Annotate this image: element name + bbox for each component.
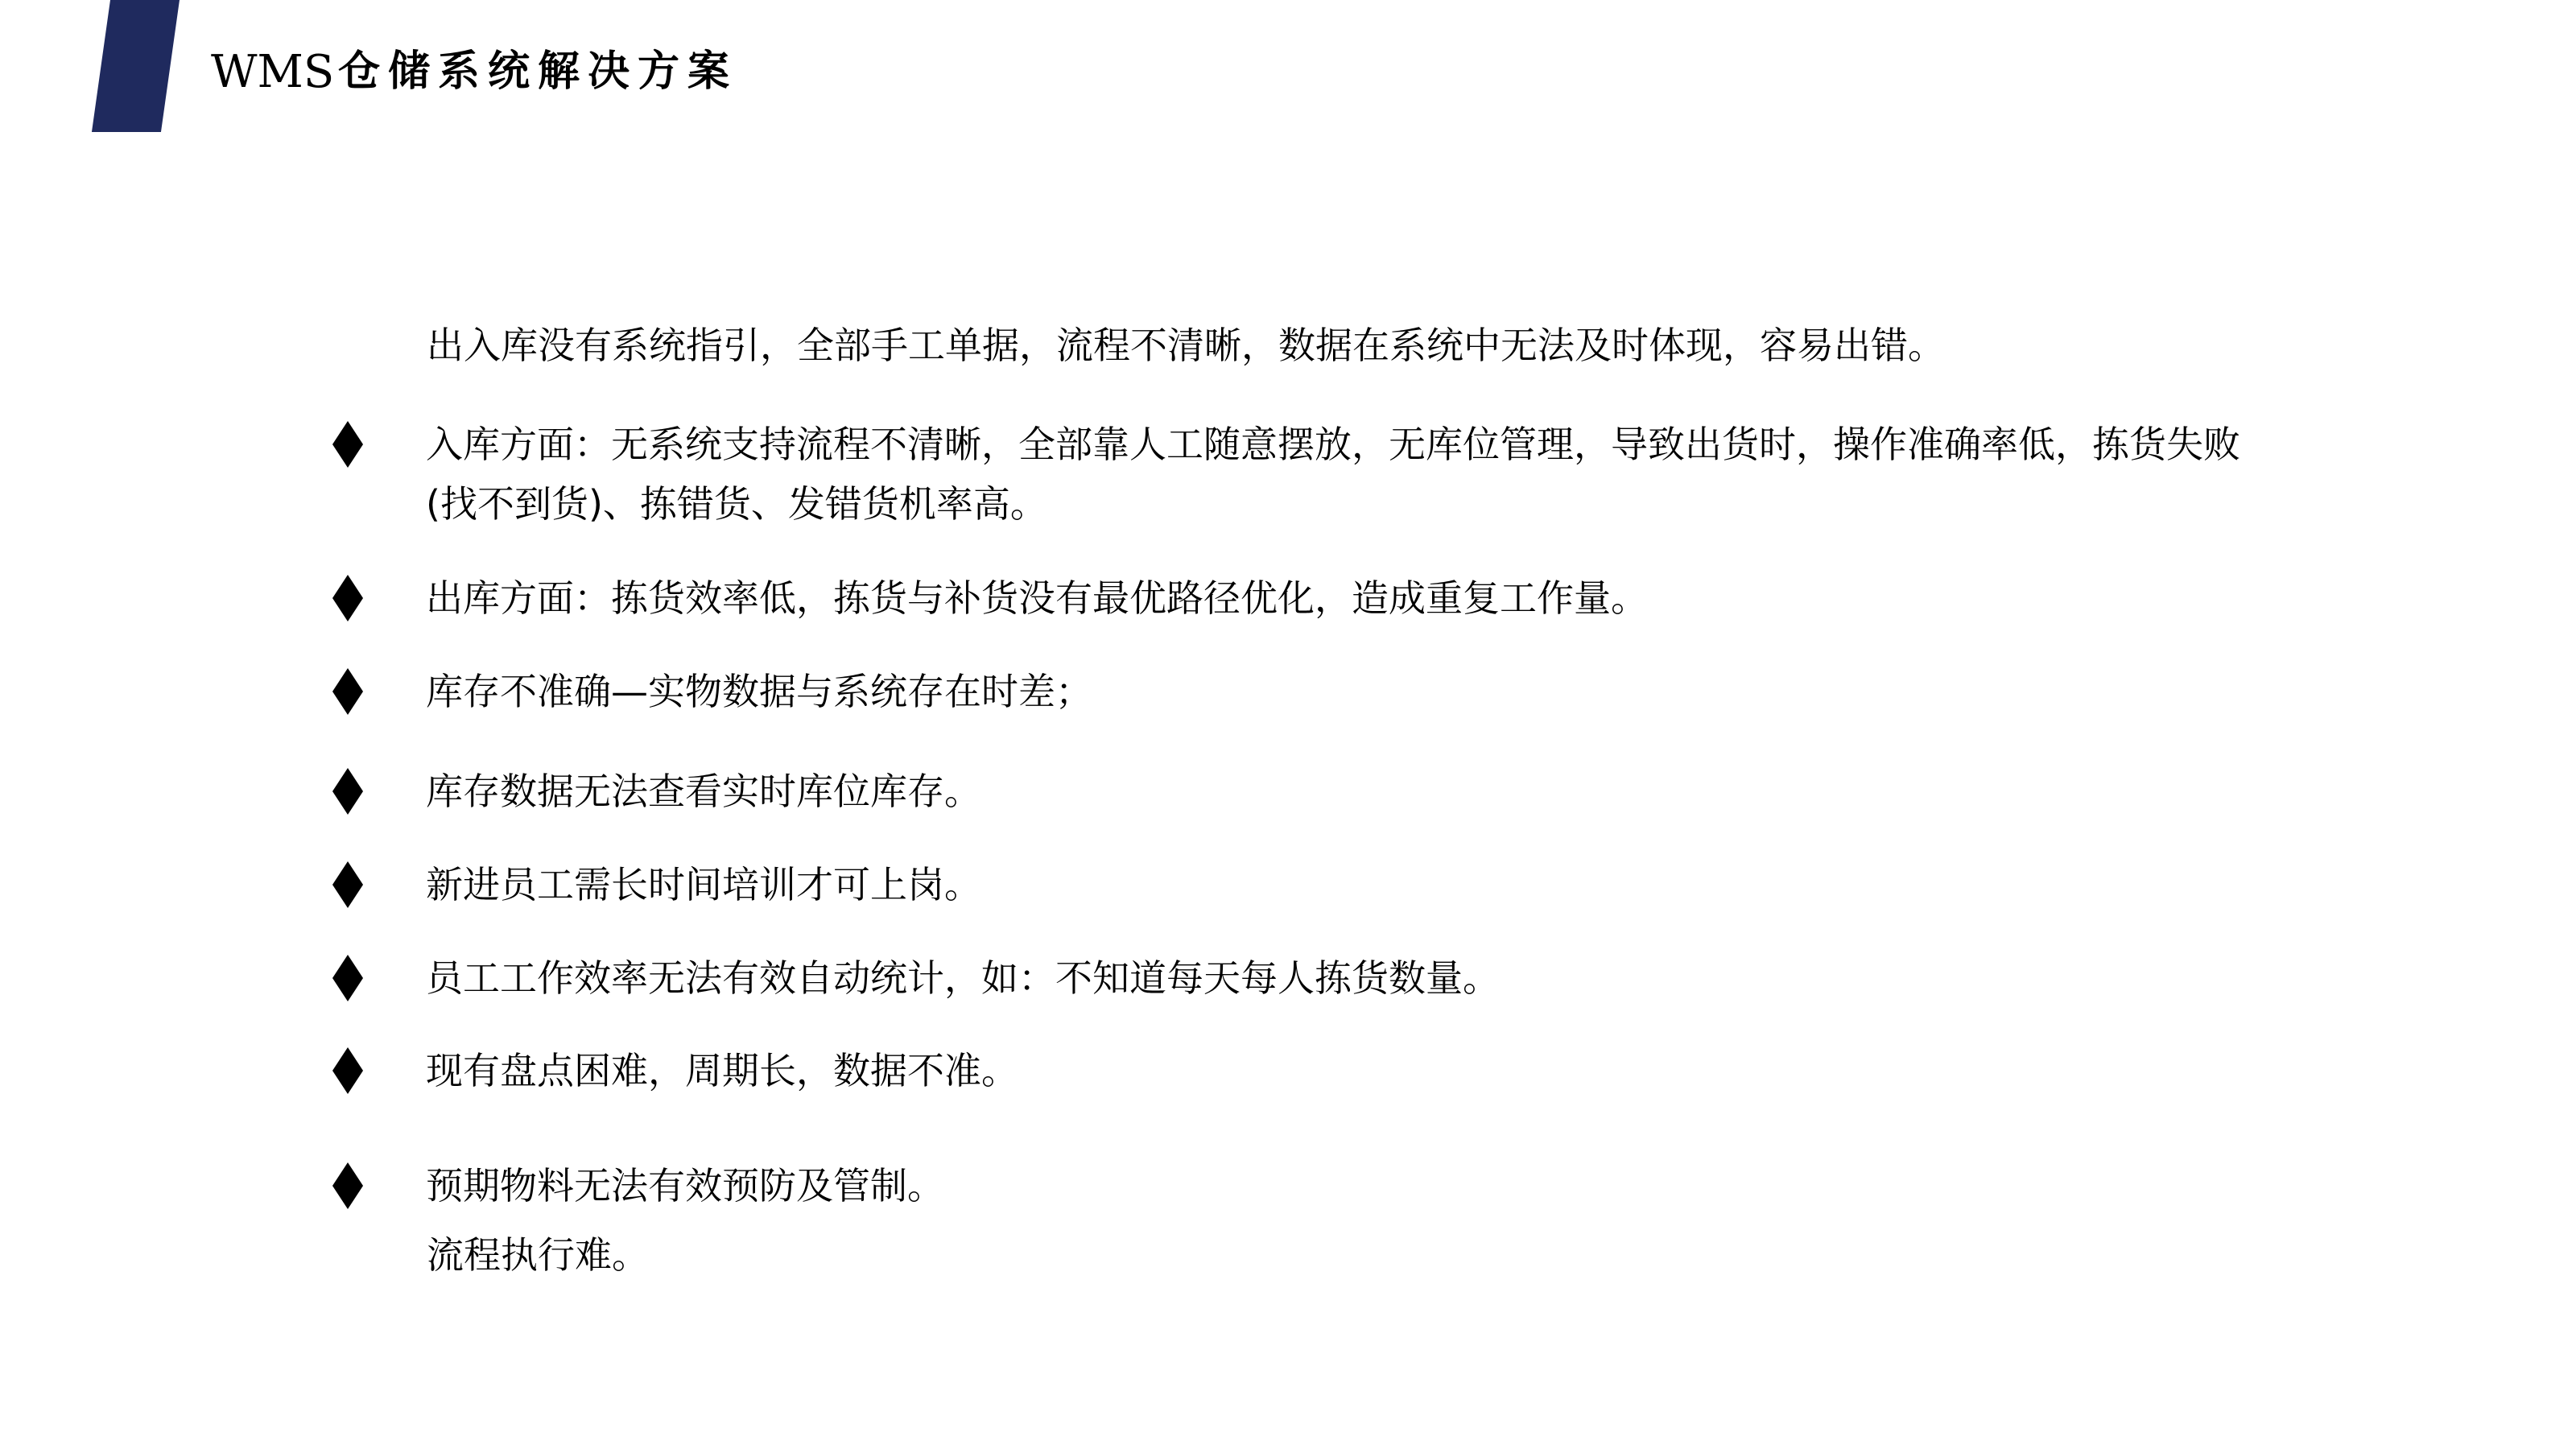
bullet-text: 入库方面：无系统支持流程不清晰，全部靠人工随意摆放，无库位管理，导致出货时，操作… [426, 415, 2269, 534]
bullet-text: 现有盘点困难，周期长，数据不准。 [426, 1041, 2269, 1100]
diamond-bullet-icon [332, 575, 363, 621]
diamond-bullet-icon [332, 1047, 363, 1094]
bullet-item-new-staff-training: 新进员工需长时间培训才可上岗。 [332, 855, 2269, 914]
bullet-item-inventory-inaccurate: 库存不准确—实物数据与系统存在时差； [332, 662, 2269, 721]
bullet-text: 出库方面：拣货效率低，拣货与补货没有最优路径优化，造成重复工作量。 [426, 568, 2269, 628]
diamond-bullet-icon [332, 768, 363, 815]
bullet-text: 员工工作效率无法有效自动统计，如：不知道每天每人拣货数量。 [426, 948, 2269, 1008]
bullet-item-material-control: 预期物料无法有效预防及管制。 [332, 1156, 2269, 1216]
bullet-text: 库存数据无法查看实时库位库存。 [426, 762, 2269, 821]
diamond-bullet-icon [332, 421, 363, 468]
bullet-text: 库存不准确—实物数据与系统存在时差； [426, 662, 2269, 721]
page-title: 仓储系统解决方案 [338, 48, 737, 97]
brand-parallelogram-logo [92, 0, 180, 132]
bullet-item-stocktake: 现有盘点困难，周期长，数据不准。 [332, 1041, 2269, 1100]
wms-logo-text: WMS [211, 50, 334, 95]
diamond-bullet-icon [332, 861, 363, 908]
bullet-text: 新进员工需长时间培训才可上岗。 [426, 855, 2269, 914]
diamond-bullet-icon [332, 955, 363, 1001]
diamond-bullet-icon [332, 1162, 363, 1209]
bullet-text: 预期物料无法有效预防及管制。 [426, 1156, 2269, 1216]
slide-canvas: WMS 仓储系统解决方案 出入库没有系统指引，全部手工单据，流程不清晰，数据在系… [0, 0, 2576, 1449]
footnote-text: 流程执行难。 [427, 1230, 649, 1280]
intro-text: 出入库没有系统指引，全部手工单据，流程不清晰，数据在系统中无法及时体现，容易出错… [427, 320, 2399, 370]
bullet-item-inventory-data: 库存数据无法查看实时库位库存。 [332, 762, 2269, 821]
diamond-bullet-icon [332, 668, 363, 715]
bullet-item-inbound: 入库方面：无系统支持流程不清晰，全部靠人工随意摆放，无库位管理，导致出货时，操作… [332, 415, 2269, 534]
bullet-item-outbound: 出库方面：拣货效率低，拣货与补货没有最优路径优化，造成重复工作量。 [332, 568, 2269, 628]
bullet-item-staff-efficiency: 员工工作效率无法有效自动统计，如：不知道每天每人拣货数量。 [332, 948, 2269, 1008]
